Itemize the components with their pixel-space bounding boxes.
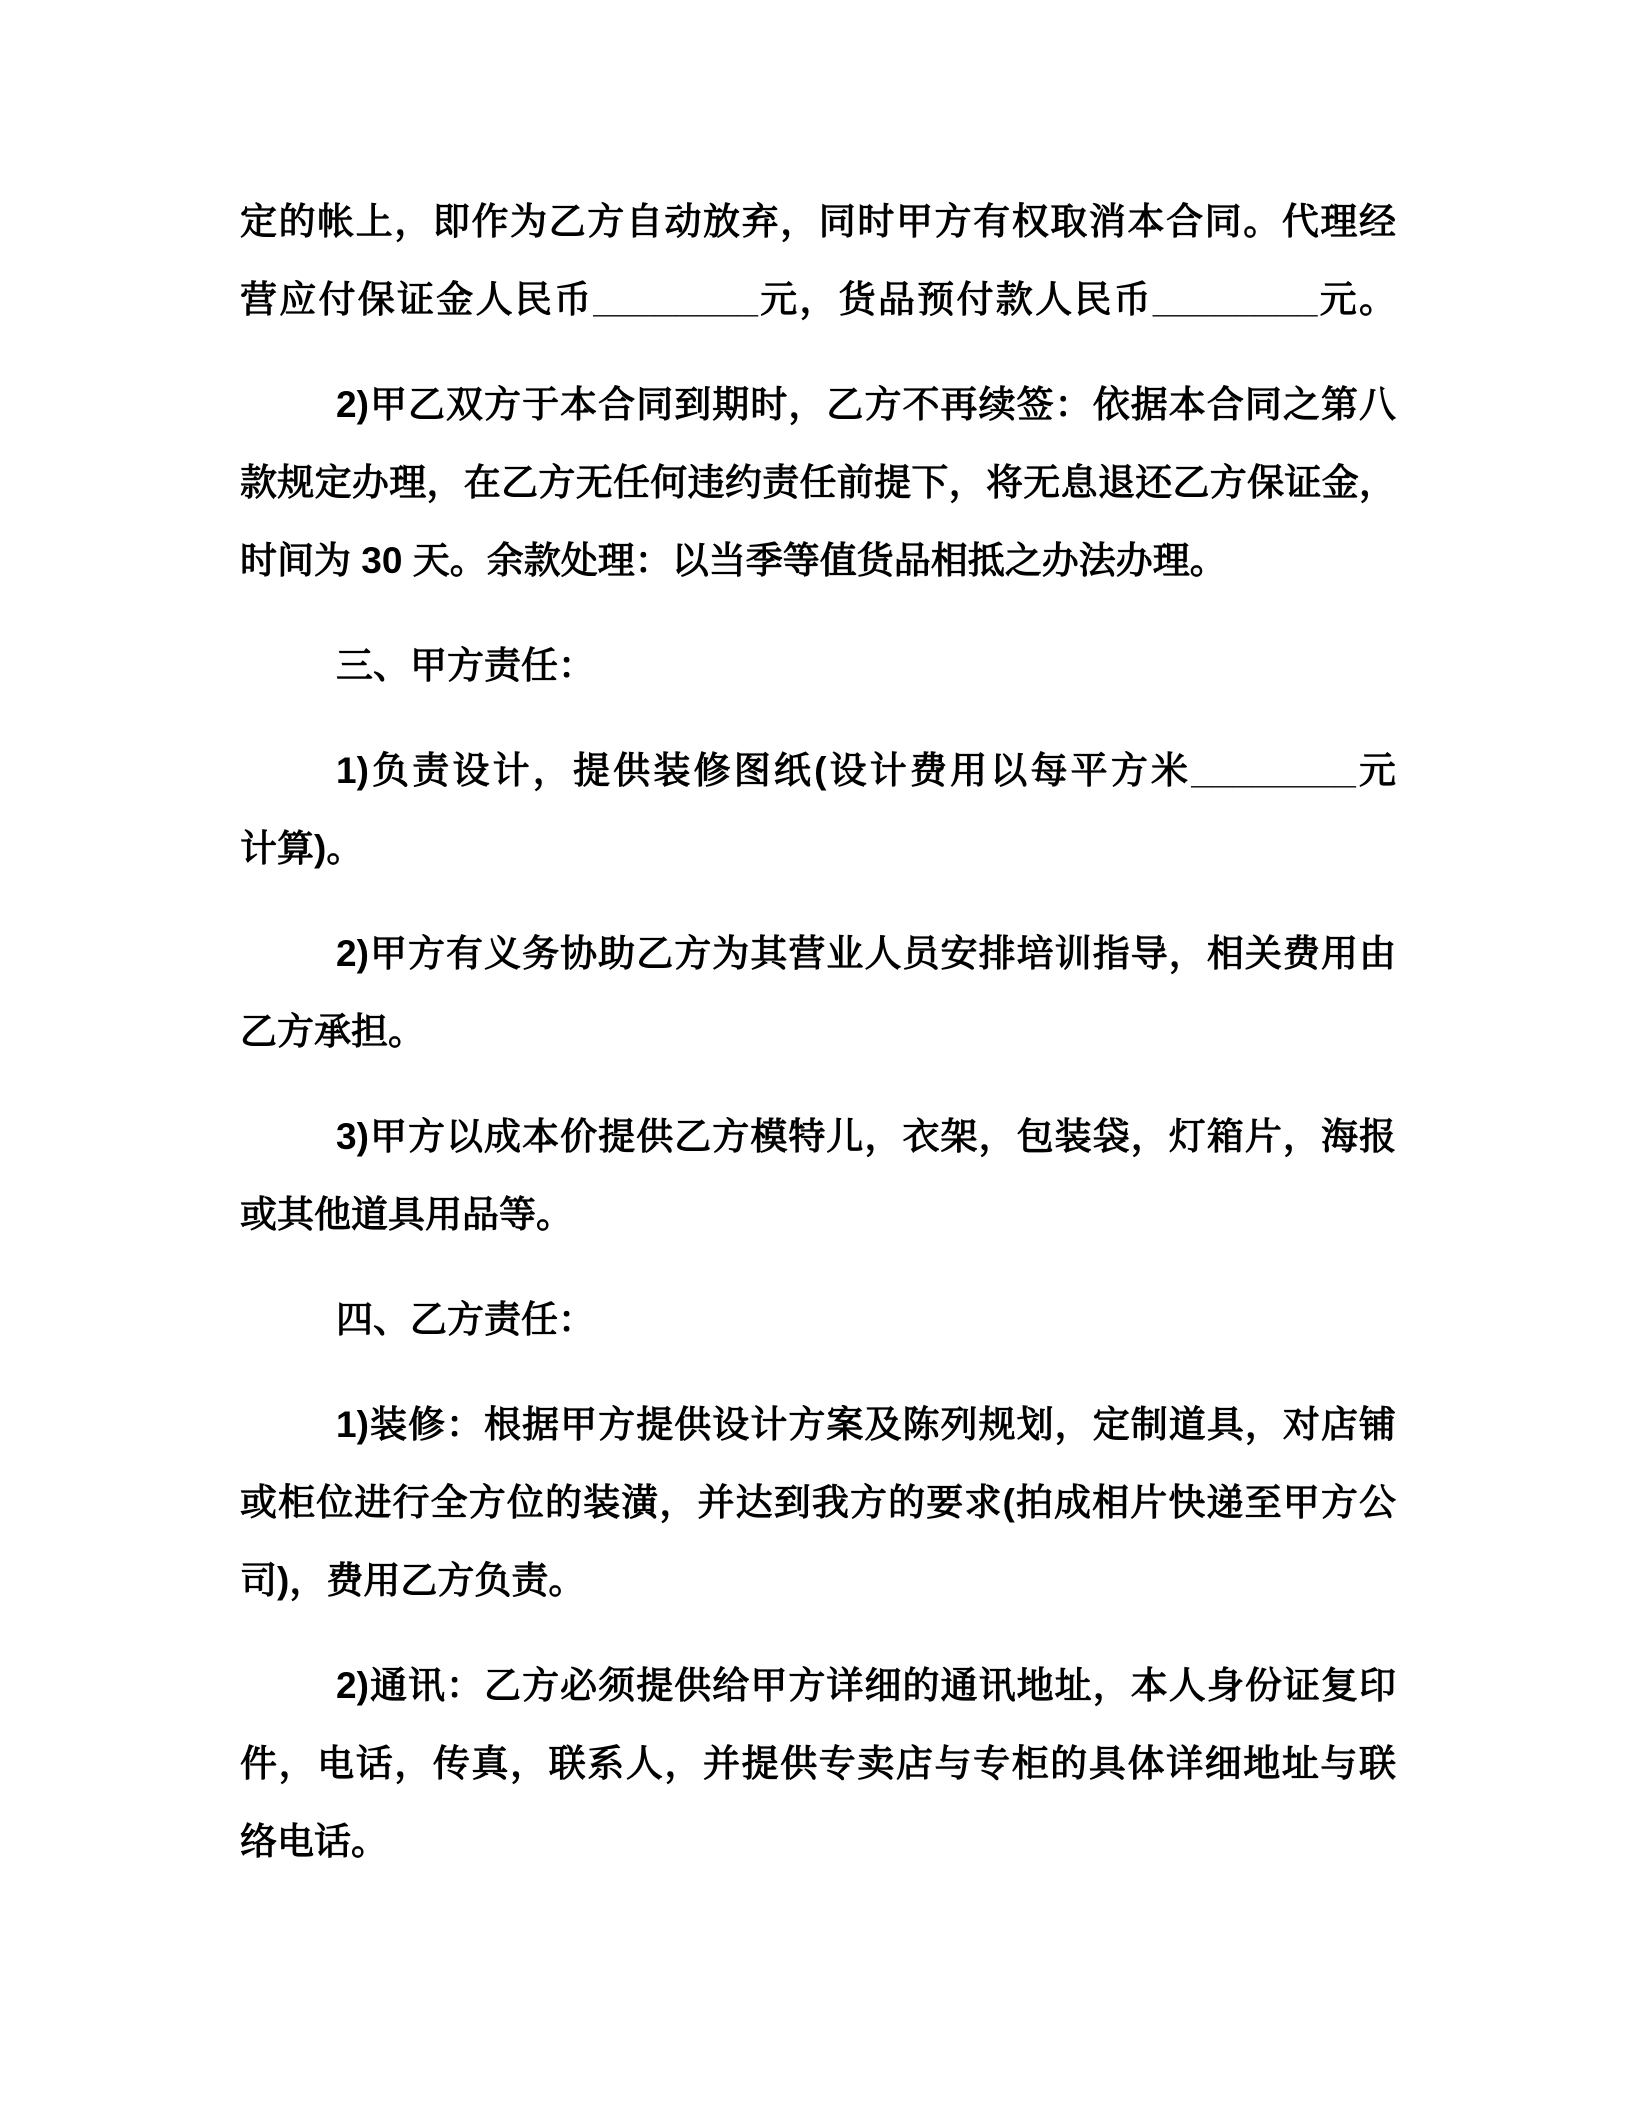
text-line: 1)负责设计，提供装修图纸(设计费用以每平方米________元 <box>240 732 1396 810</box>
text-line: 计算)。 <box>240 810 1396 888</box>
text-line: 时间为 30 天。余款处理：以当季等值货品相抵之办法办理。 <box>240 522 1396 600</box>
text-line: 2)甲方有义务协助乙方为其营业人员安排培训指导，相关费用由 <box>240 915 1396 993</box>
paragraph: 定的帐上，即作为乙方自动放弃，同时甲方有权取消本合同。代理经营应付保证金人民币_… <box>240 183 1396 339</box>
text-line: 络电话。 <box>240 1803 1396 1881</box>
text-line: 四、乙方责任： <box>240 1281 1396 1359</box>
text-line: 乙方承担。 <box>240 993 1396 1071</box>
contract-body: 定的帐上，即作为乙方自动放弃，同时甲方有权取消本合同。代理经营应付保证金人民币_… <box>240 183 1396 1881</box>
text-line: 或其他道具用品等。 <box>240 1176 1396 1254</box>
paragraph: 1)负责设计，提供装修图纸(设计费用以每平方米________元计算)。 <box>240 732 1396 888</box>
text-line: 件，电话，传真，联系人，并提供专卖店与专柜的具体详细地址与联 <box>240 1725 1396 1803</box>
paragraph: 三、甲方责任： <box>240 627 1396 705</box>
paragraph: 1)装修：根据甲方提供设计方案及陈列规划，定制道具，对店铺或柜位进行全方位的装潢… <box>240 1386 1396 1620</box>
text-line: 定的帐上，即作为乙方自动放弃，同时甲方有权取消本合同。代理经 <box>240 183 1396 261</box>
paragraph: 3)甲方以成本价提供乙方模特儿，衣架，包装袋，灯箱片，海报或其他道具用品等。 <box>240 1098 1396 1254</box>
text-line: 款规定办理，在乙方无任何违约责任前提下，将无息退还乙方保证金， <box>240 444 1396 522</box>
text-line: 或柜位进行全方位的装潢，并达到我方的要求(拍成相片快递至甲方公 <box>240 1464 1396 1542</box>
paragraph: 2)通讯：乙方必须提供给甲方详细的通讯地址，本人身份证复印件，电话，传真，联系人… <box>240 1647 1396 1881</box>
text-line: 营应付保证金人民币________元，货品预付款人民币________元。 <box>240 261 1396 339</box>
text-line: 三、甲方责任： <box>240 627 1396 705</box>
paragraph: 2)甲方有义务协助乙方为其营业人员安排培训指导，相关费用由乙方承担。 <box>240 915 1396 1071</box>
contract-page: 定的帐上，即作为乙方自动放弃，同时甲方有权取消本合同。代理经营应付保证金人民币_… <box>0 0 1632 2112</box>
paragraph: 2)甲乙双方于本合同到期时，乙方不再续签：依据本合同之第八款规定办理，在乙方无任… <box>240 366 1396 600</box>
text-line: 2)甲乙双方于本合同到期时，乙方不再续签：依据本合同之第八 <box>240 366 1396 444</box>
text-line: 3)甲方以成本价提供乙方模特儿，衣架，包装袋，灯箱片，海报 <box>240 1098 1396 1176</box>
text-line: 1)装修：根据甲方提供设计方案及陈列规划，定制道具，对店铺 <box>240 1386 1396 1464</box>
text-line: 司)，费用乙方负责。 <box>240 1542 1396 1620</box>
text-line: 2)通讯：乙方必须提供给甲方详细的通讯地址，本人身份证复印 <box>240 1647 1396 1725</box>
paragraph: 四、乙方责任： <box>240 1281 1396 1359</box>
